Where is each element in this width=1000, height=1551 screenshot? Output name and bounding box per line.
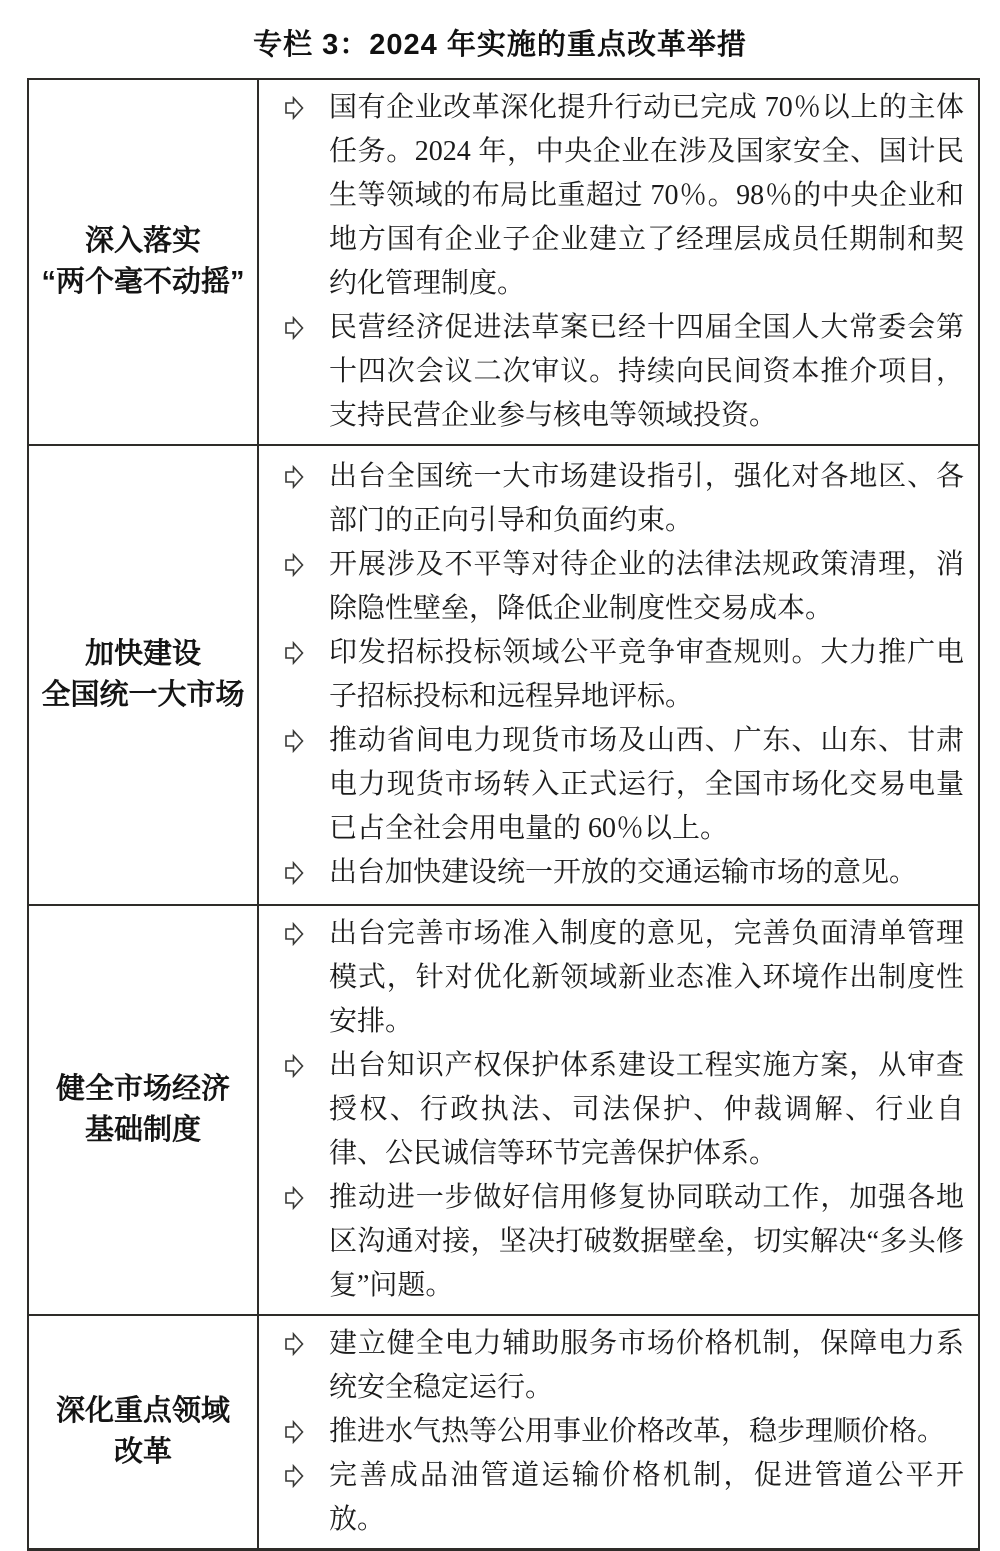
table-row: 加快建设 全国统一大市场 出台全国统一大市场建设指引，强化对各地区、各部门的正向… — [29, 444, 978, 904]
right-arrow-bullet-icon — [283, 728, 305, 754]
row-header-two-unswervings: 深入落实 “两个毫不动摇” — [29, 80, 259, 444]
list-item-text: 国有企业改革深化提升行动已完成 70％以上的主体任务。2024 年，中央企业在涉… — [329, 86, 964, 306]
right-arrow-bullet-icon — [283, 95, 305, 121]
right-arrow-bullet-icon — [283, 1463, 305, 1489]
right-arrow-bullet-icon — [283, 464, 305, 490]
table-row: 深入落实 “两个毫不动摇” 国有企业改革深化提升行动已完成 70％以上的主体任务… — [29, 80, 978, 444]
list-item: 出台完善市场准入制度的意见，完善负面清单管理模式，针对优化新领域新业态准入环境作… — [283, 912, 964, 1044]
reform-measures-table: 深入落实 “两个毫不动摇” 国有企业改革深化提升行动已完成 70％以上的主体任务… — [27, 78, 980, 1551]
list-item-text: 印发招标投标领域公平竞争审查规则。大力推广电子招标投标和远程异地评标。 — [329, 631, 964, 719]
list-item-text: 推进水气热等公用事业价格改革，稳步理顺价格。 — [329, 1410, 964, 1454]
row-header-market-economy-foundations: 健全市场经济 基础制度 — [29, 906, 259, 1314]
header-line: 深化重点领域 — [56, 1391, 230, 1432]
list-item: 民营经济促进法草案已经十四届全国人大常委会第十四次会议二次审议。持续向民间资本推… — [283, 306, 964, 438]
page-title: 专栏 3：2024 年实施的重点改革举措 — [0, 22, 1000, 63]
list-item-text: 完善成品油管道运输价格机制，促进管道公平开放。 — [329, 1454, 964, 1542]
header-line: “两个毫不动摇” — [41, 262, 244, 303]
right-arrow-bullet-icon — [283, 640, 305, 666]
list-item-text: 出台全国统一大市场建设指引，强化对各地区、各部门的正向引导和负面约束。 — [329, 455, 964, 543]
list-item-text: 建立健全电力辅助服务市场价格机制，保障电力系统安全稳定运行。 — [329, 1322, 964, 1410]
right-arrow-bullet-icon — [283, 1331, 305, 1357]
right-arrow-bullet-icon — [283, 860, 305, 886]
list-item-text: 开展涉及不平等对待企业的法律法规政策清理，消除隐性壁垒，降低企业制度性交易成本。 — [329, 543, 964, 631]
list-item-text: 出台加快建设统一开放的交通运输市场的意见。 — [329, 851, 964, 895]
row-content: 建立健全电力辅助服务市场价格机制，保障电力系统安全稳定运行。 推进水气热等公用事… — [259, 1316, 978, 1548]
table-row: 健全市场经济 基础制度 出台完善市场准入制度的意见，完善负面清单管理模式，针对优… — [29, 904, 978, 1314]
row-content: 出台全国统一大市场建设指引，强化对各地区、各部门的正向引导和负面约束。 开展涉及… — [259, 446, 978, 904]
row-header-unified-national-market: 加快建设 全国统一大市场 — [29, 446, 259, 904]
list-item: 开展涉及不平等对待企业的法律法规政策清理，消除隐性壁垒，降低企业制度性交易成本。 — [283, 543, 964, 631]
list-item-text: 推动进一步做好信用修复协同联动工作，加强各地区沟通对接，坚决打破数据壁垒，切实解… — [329, 1176, 964, 1308]
header-line: 基础制度 — [85, 1110, 201, 1151]
list-item: 推动进一步做好信用修复协同联动工作，加强各地区沟通对接，坚决打破数据壁垒，切实解… — [283, 1176, 964, 1308]
header-line: 健全市场经济 — [56, 1069, 230, 1110]
right-arrow-bullet-icon — [283, 1053, 305, 1079]
list-item-text: 民营经济促进法草案已经十四届全国人大常委会第十四次会议二次审议。持续向民间资本推… — [329, 306, 964, 438]
list-item: 出台加快建设统一开放的交通运输市场的意见。 — [283, 851, 964, 895]
row-content: 国有企业改革深化提升行动已完成 70％以上的主体任务。2024 年，中央企业在涉… — [259, 80, 978, 444]
list-item: 推进水气热等公用事业价格改革，稳步理顺价格。 — [283, 1410, 964, 1454]
header-line: 全国统一大市场 — [41, 675, 244, 716]
row-header-key-areas-reform: 深化重点领域 改革 — [29, 1316, 259, 1548]
right-arrow-bullet-icon — [283, 921, 305, 947]
list-item: 印发招标投标领域公平竞争审查规则。大力推广电子招标投标和远程异地评标。 — [283, 631, 964, 719]
list-item: 完善成品油管道运输价格机制，促进管道公平开放。 — [283, 1454, 964, 1542]
list-item-text: 出台知识产权保护体系建设工程实施方案，从审查授权、行政执法、司法保护、仲裁调解、… — [329, 1044, 964, 1176]
list-item: 推动省间电力现货市场及山西、广东、山东、甘肃电力现货市场转入正式运行，全国市场化… — [283, 719, 964, 851]
header-line: 深入落实 — [85, 221, 201, 262]
right-arrow-bullet-icon — [283, 315, 305, 341]
list-item: 出台全国统一大市场建设指引，强化对各地区、各部门的正向引导和负面约束。 — [283, 455, 964, 543]
list-item-text: 推动省间电力现货市场及山西、广东、山东、甘肃电力现货市场转入正式运行，全国市场化… — [329, 719, 964, 851]
list-item: 出台知识产权保护体系建设工程实施方案，从审查授权、行政执法、司法保护、仲裁调解、… — [283, 1044, 964, 1176]
row-content: 出台完善市场准入制度的意见，完善负面清单管理模式，针对优化新领域新业态准入环境作… — [259, 906, 978, 1314]
list-item: 国有企业改革深化提升行动已完成 70％以上的主体任务。2024 年，中央企业在涉… — [283, 86, 964, 306]
list-item: 建立健全电力辅助服务市场价格机制，保障电力系统安全稳定运行。 — [283, 1322, 964, 1410]
header-line: 加快建设 — [85, 634, 201, 675]
right-arrow-bullet-icon — [283, 552, 305, 578]
right-arrow-bullet-icon — [283, 1185, 305, 1211]
list-item-text: 出台完善市场准入制度的意见，完善负面清单管理模式，针对优化新领域新业态准入环境作… — [329, 912, 964, 1044]
table-row: 深化重点领域 改革 建立健全电力辅助服务市场价格机制，保障电力系统安全稳定运行。… — [29, 1314, 978, 1548]
header-line: 改革 — [114, 1432, 172, 1473]
right-arrow-bullet-icon — [283, 1419, 305, 1445]
